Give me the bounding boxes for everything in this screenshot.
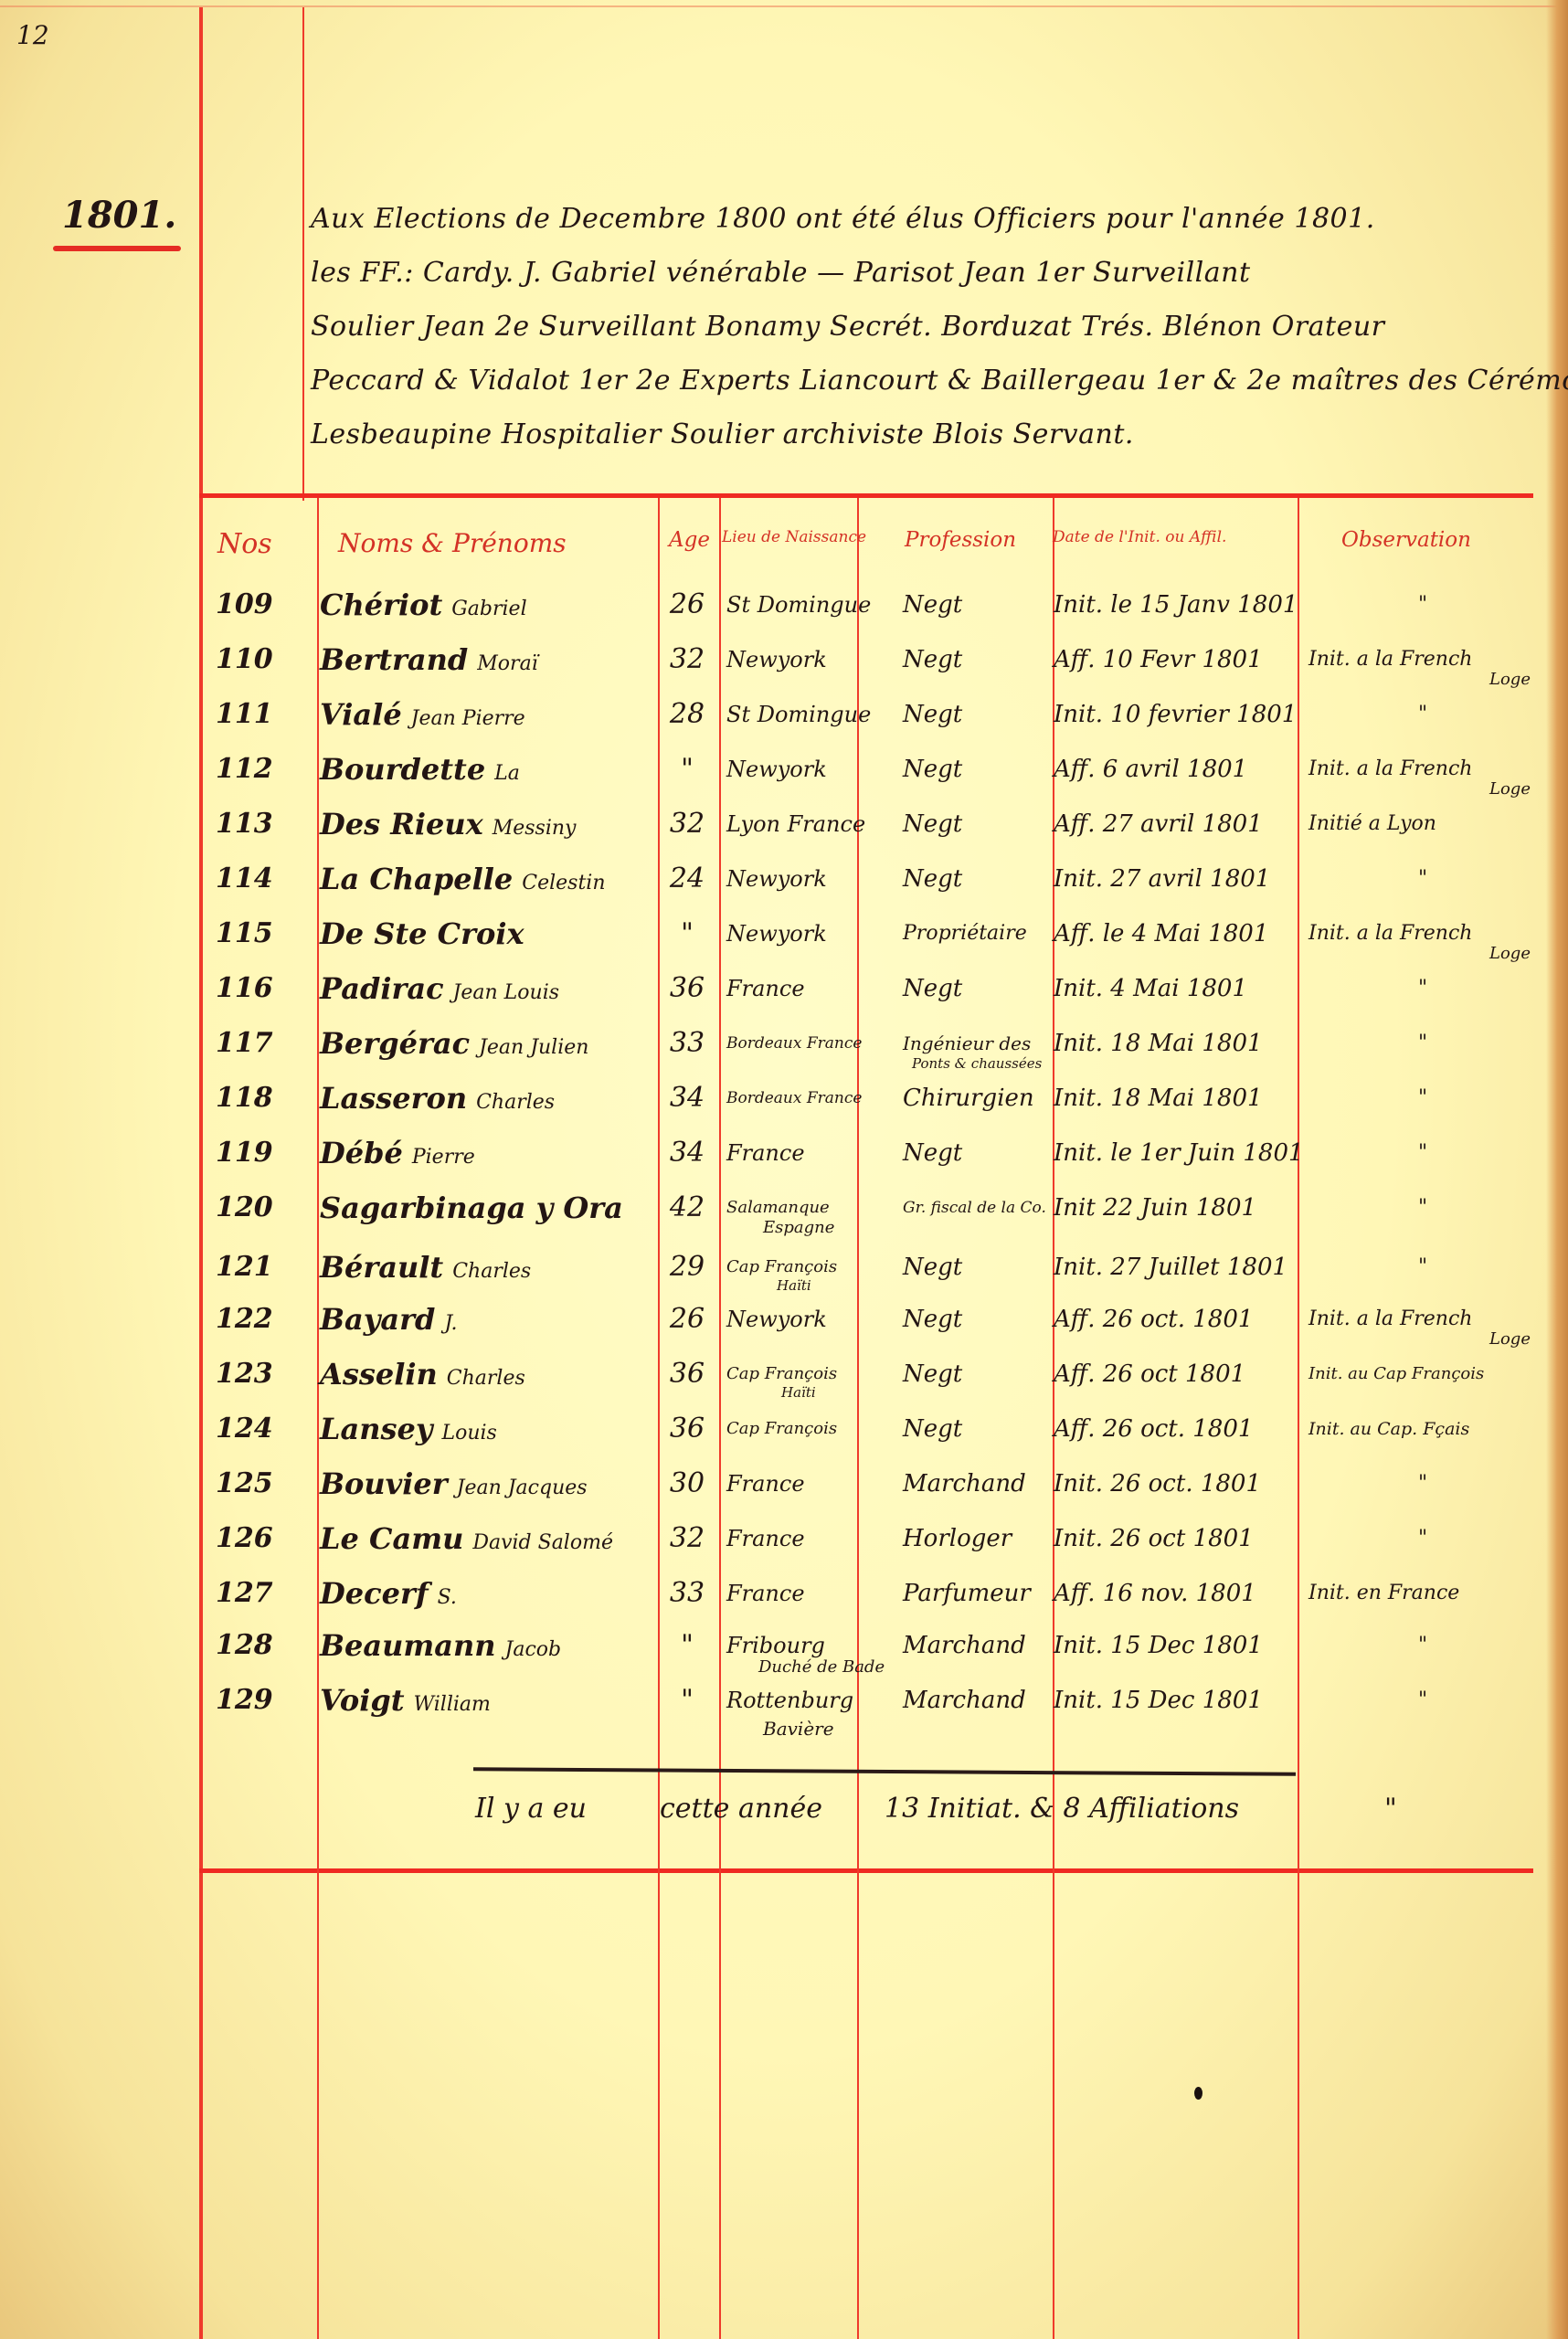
entry-observation: " [1308, 1127, 1537, 1180]
entry-name: De Ste Croix [320, 907, 534, 965]
entry-name: BouvierJean Jacques [320, 1457, 588, 1515]
entry-profession: Negt [903, 1348, 962, 1401]
entry-observation: " [1308, 688, 1537, 741]
entry-date: Aff. 16 nov. 1801 [1054, 1567, 1256, 1620]
entry-date: Aff. 26 oct. 1801 [1054, 1402, 1253, 1455]
entry-observation: " [1308, 1241, 1537, 1294]
entry-profession: Negt [903, 1402, 962, 1455]
entry-birthplace: St Domingue [726, 578, 871, 631]
entry-age: " [660, 1619, 715, 1672]
entry-number: 115 [216, 907, 307, 960]
entry-profession: Negt [903, 962, 962, 1015]
table-row: 128 BeaumannJacob " Fribourg Duché de Ba… [0, 1619, 1568, 1672]
entry-name: Le CamuDavid Salomé [320, 1512, 613, 1570]
entry-profession: Propriétaire [903, 907, 1027, 960]
entry-number: 119 [216, 1127, 307, 1180]
entry-profession: Negt [903, 633, 962, 686]
entry-observation: " [1308, 1457, 1537, 1510]
entry-birthplace-sub: Espagne [763, 1218, 834, 1237]
entry-number: 112 [216, 743, 307, 796]
entry-date: Aff. le 4 Mai 1801 [1054, 907, 1268, 960]
column-header-number: Nos [217, 528, 272, 560]
entry-observation: " [1308, 1181, 1537, 1234]
entry-number: 121 [216, 1241, 307, 1294]
table-bottom-rule [199, 1868, 1533, 1873]
entry-name: BéraultCharles [320, 1241, 531, 1298]
entry-date: Init. 18 Mai 1801 [1054, 1017, 1263, 1070]
entry-date: Init. 10 fevrier 1801 [1054, 688, 1297, 741]
totals-rule [473, 1767, 1296, 1775]
column-header-observation: Observation [1341, 528, 1471, 552]
entry-profession: Negt [903, 852, 962, 905]
entry-date: Init. 27 avril 1801 [1054, 852, 1270, 905]
entry-name: Des RieuxMessiny [320, 798, 576, 855]
table-row: 110 BertrandMoraï 32 Newyork Negt Aff. 1… [0, 633, 1568, 686]
column-header-profession: Profession [905, 528, 1016, 552]
entry-age: " [660, 907, 715, 960]
entry-date: Init. le 15 Janv 1801 [1054, 578, 1298, 631]
entry-number: 109 [216, 578, 307, 631]
entry-observation: " [1308, 1619, 1537, 1672]
entry-age: " [660, 743, 715, 796]
entry-birthplace-sub: Haïti [781, 1384, 816, 1401]
entry-observation: " [1308, 578, 1537, 631]
table-row: 124 LanseyLouis 36 Cap François Negt Aff… [0, 1402, 1568, 1455]
table-row: 111 VialéJean Pierre 28 St Domingue Negt… [0, 688, 1568, 741]
entry-name: AsselinCharles [320, 1348, 525, 1405]
entry-date: Init. 15 Dec 1801 [1054, 1619, 1263, 1672]
entry-date: Aff. 26 oct 1801 [1054, 1348, 1245, 1401]
entry-age: 32 [660, 633, 715, 686]
entry-birthplace-sub: Bavière [763, 1718, 834, 1740]
entry-birthplace: Bordeaux France [726, 1072, 862, 1125]
column-header-birthplace: Lieu de Naissance [722, 528, 866, 546]
entry-date: Init 22 Juin 1801 [1054, 1181, 1256, 1234]
entry-age: 26 [660, 1293, 715, 1346]
entry-date: Aff. 26 oct. 1801 [1054, 1293, 1253, 1346]
entry-birthplace: Newyork [726, 907, 827, 960]
summary-observation: " [1384, 1793, 1397, 1825]
entry-observation-sub: Loge [1489, 1329, 1531, 1349]
top-rule [0, 5, 1568, 7]
entry-age: 36 [660, 1402, 715, 1455]
entry-observation: Init. au Cap. Fçais [1308, 1402, 1537, 1455]
entry-observation: Init. au Cap François [1308, 1348, 1537, 1401]
header-line: Lesbeaupine Hospitalier Soulier archivis… [311, 407, 1526, 461]
entry-age: 32 [660, 1512, 715, 1565]
table-row: 120 Sagarbinaga y Ora 42 Salamanque Espa… [0, 1181, 1568, 1234]
table-row: 118 LasseronCharles 34 Bordeaux France C… [0, 1072, 1568, 1125]
entry-observation: " [1308, 1512, 1537, 1565]
entry-profession: Negt [903, 688, 962, 741]
table-row: 115 De Ste Croix " Newyork Propriétaire … [0, 907, 1568, 960]
entry-age: 42 [660, 1181, 715, 1234]
entry-birthplace: Newyork [726, 743, 827, 796]
entry-age: 36 [660, 962, 715, 1015]
entry-birthplace: St Domingue [726, 688, 871, 741]
entry-birthplace: France [726, 1567, 805, 1620]
header-line: Aux Elections de Decembre 1800 ont été é… [311, 192, 1526, 246]
year-underline [53, 246, 181, 251]
summary-part1: Il y a eu [475, 1793, 587, 1825]
entry-birthplace: Newyork [726, 633, 827, 686]
entry-birthplace: Newyork [726, 1293, 827, 1346]
entry-date: Init. 26 oct. 1801 [1054, 1457, 1261, 1510]
entry-number: 110 [216, 633, 307, 686]
entry-birthplace: Bordeaux France [726, 1017, 862, 1070]
entry-name: LasseronCharles [320, 1072, 555, 1129]
table-row: 129 VoigtWilliam " Rottenburg Bavière Ma… [0, 1674, 1568, 1727]
entry-age: 29 [660, 1241, 715, 1294]
column-header-date: Date de l'Init. ou Affil. [1053, 528, 1226, 546]
entry-observation-sub: Loge [1489, 670, 1531, 689]
entry-birthplace: France [726, 1512, 805, 1565]
entry-number: 117 [216, 1017, 307, 1070]
entry-profession: Negt [903, 578, 962, 631]
entry-profession: Chirurgien [903, 1072, 1034, 1125]
table-row: 126 Le CamuDavid Salomé 32 France Horlog… [0, 1512, 1568, 1565]
year-label: 1801. [62, 194, 176, 237]
entry-name: ChériotGabriel [320, 578, 527, 636]
entry-number: 124 [216, 1402, 307, 1455]
entry-birthplace: Cap François [726, 1402, 837, 1455]
entry-number: 114 [216, 852, 307, 905]
entry-profession: Gr. fiscal de la Co. [903, 1181, 1046, 1234]
entry-age: 34 [660, 1127, 715, 1180]
table-row: 113 Des RieuxMessiny 32 Lyon France Negt… [0, 798, 1568, 851]
summary-part2: cette année [660, 1793, 822, 1825]
entry-name: LanseyLouis [320, 1402, 497, 1460]
entry-name: PadiracJean Louis [320, 962, 559, 1020]
entry-number: 116 [216, 962, 307, 1015]
table-row: 116 PadiracJean Louis 36 France Negt Ini… [0, 962, 1568, 1015]
entry-profession-sub: Ponts & chaussées [912, 1055, 1042, 1072]
entry-observation: Init. en France [1308, 1567, 1537, 1620]
entry-profession: Parfumeur [903, 1567, 1031, 1620]
entry-profession: Negt [903, 798, 962, 851]
table-row: 127 DecerfS. 33 France Parfumeur Aff. 16… [0, 1567, 1568, 1620]
entry-profession: Marchand [903, 1457, 1026, 1510]
entry-number: 118 [216, 1072, 307, 1125]
header-line: Soulier Jean 2e Surveillant Bonamy Secré… [311, 300, 1526, 354]
entry-number: 127 [216, 1567, 307, 1620]
entry-number: 126 [216, 1512, 307, 1565]
entry-date: Init. le 1er Juin 1801 [1054, 1127, 1304, 1180]
entry-observation-sub: Loge [1489, 944, 1531, 963]
entry-observation: " [1308, 1017, 1537, 1070]
entry-name: BeaumannJacob [320, 1619, 561, 1677]
header-line: Peccard & Vidalot 1er 2e Experts Liancou… [311, 354, 1526, 407]
entry-number: 123 [216, 1348, 307, 1401]
entry-profession: Negt [903, 743, 962, 796]
ink-blot [1194, 2087, 1202, 2100]
column-header-names: Noms & Prénoms [338, 528, 567, 558]
entry-age: 24 [660, 852, 715, 905]
entry-number: 111 [216, 688, 307, 741]
table-top-rule [199, 493, 1533, 498]
entry-date: Aff. 10 Fevr 1801 [1054, 633, 1263, 686]
margin-rule-header [302, 7, 304, 501]
entry-age: 36 [660, 1348, 715, 1401]
entry-number: 128 [216, 1619, 307, 1672]
entry-number: 122 [216, 1293, 307, 1346]
entry-name: DébéPierre [320, 1127, 475, 1184]
entry-age: 26 [660, 578, 715, 631]
table-row: 117 BergéracJean Julien 33 Bordeaux Fran… [0, 1017, 1568, 1070]
entry-number: 125 [216, 1457, 307, 1510]
entry-birthplace: France [726, 1127, 805, 1180]
entry-number: 113 [216, 798, 307, 851]
table-row: 114 La ChapelleCelestin 24 Newyork Negt … [0, 852, 1568, 905]
entry-date: Init. 27 Juillet 1801 [1054, 1241, 1287, 1294]
entry-birthplace: Lyon France [726, 798, 865, 851]
entry-observation-sub: Loge [1489, 779, 1531, 799]
entry-number: 120 [216, 1181, 307, 1234]
entry-number: 129 [216, 1674, 307, 1727]
entry-name: VoigtWilliam [320, 1674, 491, 1731]
entry-name: La ChapelleCelestin [320, 852, 606, 910]
table-row: 125 BouvierJean Jacques 30 France Marcha… [0, 1457, 1568, 1510]
entry-observation: Initié a Lyon [1308, 798, 1537, 851]
entry-name: BertrandMoraï [320, 633, 538, 691]
table-row: 109 ChériotGabriel 26 St Domingue Negt I… [0, 578, 1568, 631]
entry-age: 28 [660, 688, 715, 741]
entry-age: " [660, 1674, 715, 1727]
officers-election-note: Aux Elections de Decembre 1800 ont été é… [311, 192, 1526, 461]
table-row: 121 BéraultCharles 29 Cap François Haïti… [0, 1241, 1568, 1294]
entry-profession: Negt [903, 1127, 962, 1180]
entry-age: 30 [660, 1457, 715, 1510]
entry-age: 33 [660, 1567, 715, 1620]
entry-name: BourdetteLa [320, 743, 520, 800]
entry-name: BayardJ. [320, 1293, 457, 1350]
table-row: 119 DébéPierre 34 France Negt Init. le 1… [0, 1127, 1568, 1180]
entry-date: Aff. 27 avril 1801 [1054, 798, 1263, 851]
entry-profession: Horloger [903, 1512, 1012, 1565]
entry-date: Init. 26 oct 1801 [1054, 1512, 1254, 1565]
table-row: 123 AsselinCharles 36 Cap François Haïti… [0, 1348, 1568, 1401]
entry-name: Sagarbinaga y Ora [320, 1181, 632, 1239]
entry-profession: Marchand [903, 1674, 1026, 1727]
entry-date: Init. 4 Mai 1801 [1054, 962, 1247, 1015]
page-number: 12 [16, 20, 49, 50]
header-line: les FF.: Cardy. J. Gabriel vénérable — P… [311, 246, 1526, 300]
entry-profession: Marchand [903, 1619, 1026, 1672]
entry-birthplace: France [726, 962, 805, 1015]
table-row: 112 BourdetteLa " Newyork Negt Aff. 6 av… [0, 743, 1568, 796]
entry-name: BergéracJean Julien [320, 1017, 588, 1074]
entry-birthplace: Newyork [726, 852, 827, 905]
entry-observation: " [1308, 1674, 1537, 1727]
entry-age: 32 [660, 798, 715, 851]
entry-profession: Negt [903, 1241, 962, 1294]
entry-birthplace-sub: Haïti [777, 1277, 811, 1294]
entry-name: VialéJean Pierre [320, 688, 525, 746]
entry-observation: " [1308, 1072, 1537, 1125]
entry-date: Init. 15 Dec 1801 [1054, 1674, 1263, 1727]
entry-date: Aff. 6 avril 1801 [1054, 743, 1247, 796]
entry-age: 33 [660, 1017, 715, 1070]
summary-totals: 13 Initiat. & 8 Affiliations [885, 1793, 1239, 1825]
entry-age: 34 [660, 1072, 715, 1125]
entry-profession: Negt [903, 1293, 962, 1346]
entry-observation: " [1308, 852, 1537, 905]
entry-name: DecerfS. [320, 1567, 457, 1625]
column-header-age: Age [669, 528, 710, 552]
entry-birthplace: France [726, 1457, 805, 1510]
entry-date: Init. 18 Mai 1801 [1054, 1072, 1263, 1125]
entry-observation: " [1308, 962, 1537, 1015]
table-row: 122 BayardJ. 26 Newyork Negt Aff. 26 oct… [0, 1293, 1568, 1346]
